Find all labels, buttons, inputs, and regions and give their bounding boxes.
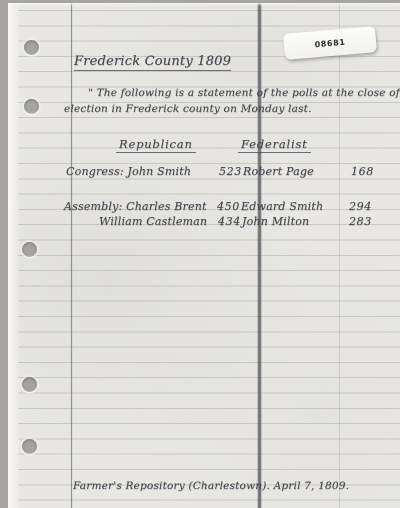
assembly-republican-entry-2: William Castleman — [99, 215, 207, 228]
hole-punch-2 — [24, 99, 39, 114]
archive-number-label: 08681 — [314, 37, 346, 49]
intro-line-1: " The following is a statement of the po… — [88, 87, 400, 99]
center-fold-crease — [257, 3, 262, 508]
assembly-republican-votes-2: 434 — [218, 215, 241, 228]
assembly-republican-entry-1: Assembly: Charles Brent — [64, 200, 207, 213]
congress-federalist-votes: 168 — [351, 165, 374, 178]
assembly-federalist-name-1: Edward Smith — [241, 200, 323, 213]
congress-republican-votes: 523 — [219, 165, 242, 178]
congress-republican-entry: Congress: John Smith — [66, 165, 191, 178]
republican-column-header: Republican — [116, 137, 196, 153]
hole-punch-4 — [22, 377, 37, 392]
ruled-lines — [18, 10, 400, 508]
assembly-republican-votes-1: 450 — [217, 200, 240, 213]
hole-punch-3 — [22, 242, 37, 257]
source-citation: Farmer's Repository (Charlestown). April… — [73, 480, 349, 492]
document-page — [8, 3, 400, 508]
hole-punch-5 — [22, 439, 37, 454]
assembly-federalist-votes-1: 294 — [349, 200, 372, 213]
assembly-federalist-votes-2: 283 — [349, 215, 372, 228]
page-title: Frederick County 1809 — [74, 54, 231, 71]
scanned-document: 08681 Frederick County 1809 " The follow… — [0, 0, 400, 508]
federalist-column-header: Federalist — [238, 137, 311, 153]
assembly-federalist-name-2: John Milton — [242, 215, 309, 228]
congress-federalist-name: Robert Page — [243, 165, 314, 178]
hole-punch-1 — [24, 40, 39, 55]
left-margin-line — [71, 3, 72, 508]
intro-line-2: election in Frederick county on Monday l… — [64, 103, 312, 115]
right-fold-crease — [339, 3, 340, 508]
